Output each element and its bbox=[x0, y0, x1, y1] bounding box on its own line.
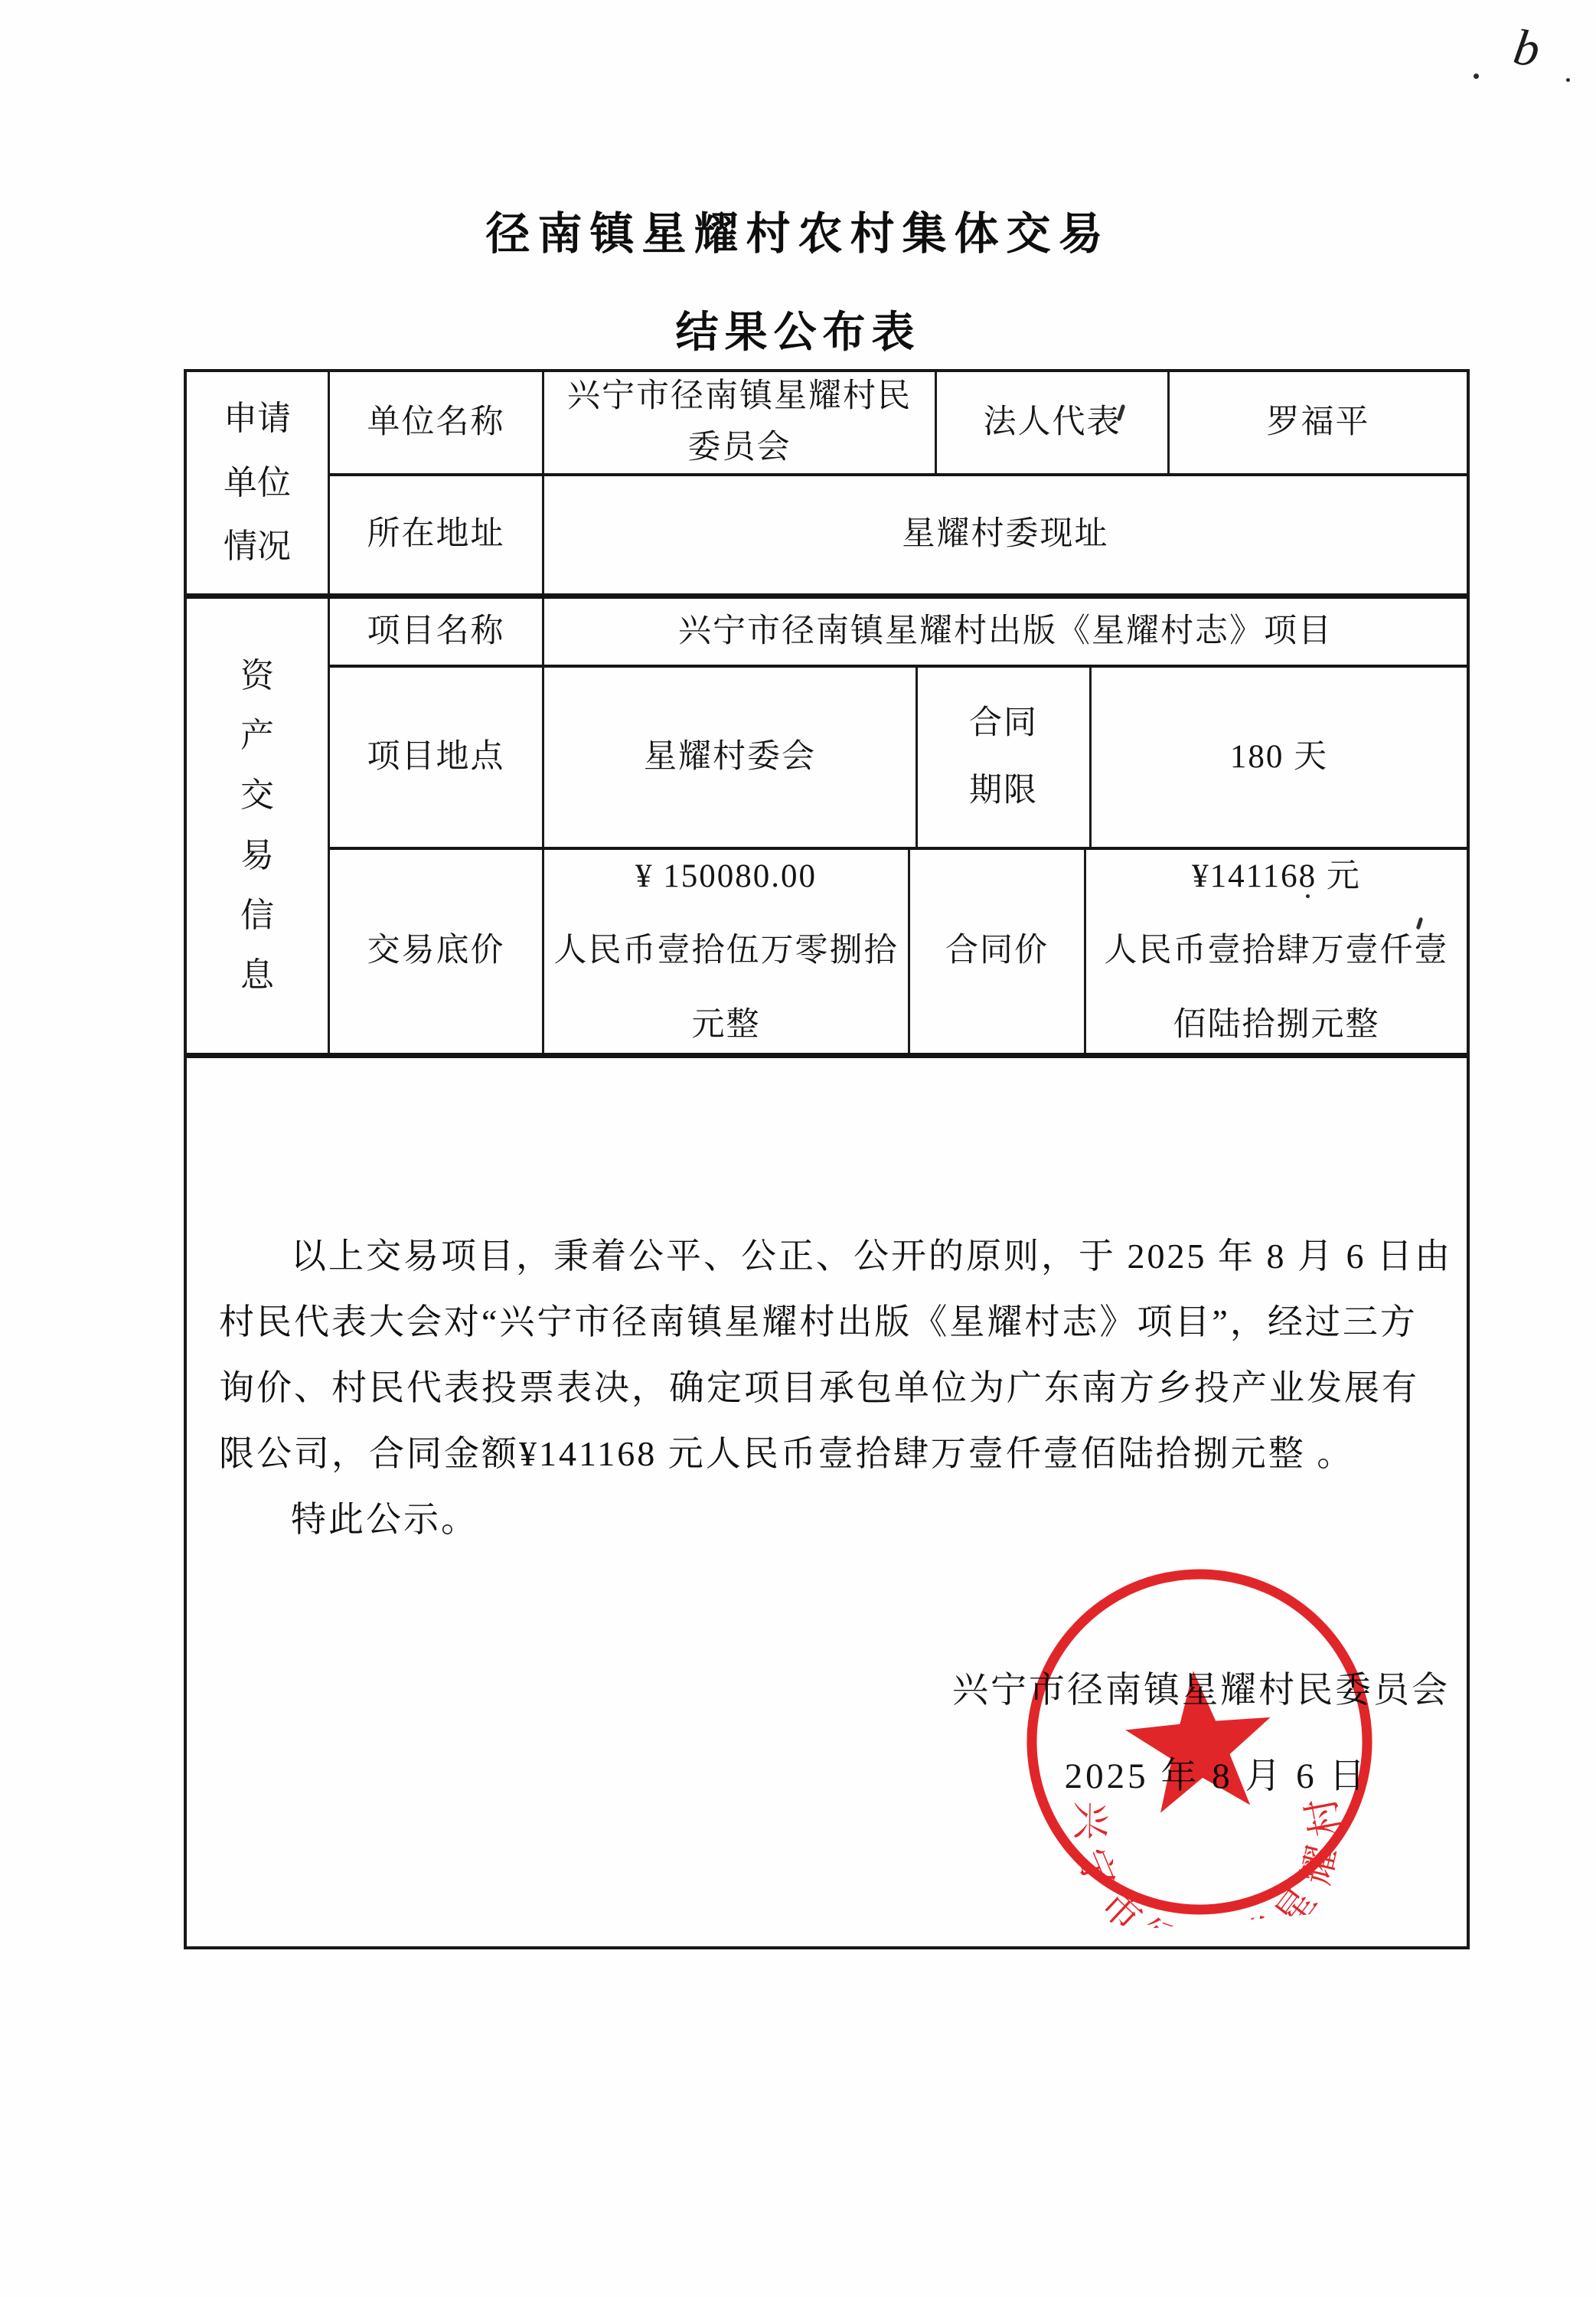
base-price-words-1: 人民币壹拾伍万零捌拾 bbox=[554, 914, 899, 988]
applicant-section-header-text: 申请单位情况 bbox=[219, 387, 295, 579]
project-location-label: 项目地点 bbox=[330, 668, 544, 847]
seal-star-icon bbox=[1121, 1665, 1278, 1815]
base-price-label: 交易底价 bbox=[330, 850, 544, 1053]
document-title-line2: 结果公布表 bbox=[0, 299, 1596, 360]
scan-speck bbox=[1306, 894, 1310, 898]
address-label: 所在地址 bbox=[330, 476, 544, 593]
applicant-rows: 单位名称 兴宁市径南镇星耀村民委员会 法人代表 罗福平 所在地址 星耀村委现址 bbox=[330, 372, 1467, 593]
legal-rep-value: 罗福平 bbox=[1170, 372, 1467, 473]
base-price-value: ¥ 150080.00 人民币壹拾伍万零捌拾 元整 bbox=[544, 850, 910, 1053]
asset-section-header-text: 资产交易信息 bbox=[238, 646, 276, 1006]
address-row: 所在地址 星耀村委现址 bbox=[330, 476, 1467, 593]
legal-rep-label: 法人代表 bbox=[937, 372, 1170, 473]
notice-line-4: 限公司，合同金额¥141168 元人民币壹拾肆万壹仟壹佰陆拾捌元整 。 bbox=[219, 1421, 1461, 1487]
scan-speck bbox=[1474, 74, 1479, 79]
project-location-row: 项目地点 星耀村委会 合同期限 180 天 bbox=[330, 668, 1467, 850]
handwritten-mark: b bbox=[1510, 18, 1543, 80]
unit-name-value: 兴宁市径南镇星耀村民委员会 bbox=[544, 372, 937, 473]
contract-price-words-1: 人民币壹拾肆万壹仟壹 bbox=[1105, 914, 1449, 988]
scan-speck bbox=[1566, 78, 1570, 82]
notice-paragraph: 以上交易项目，秉着公平、公正、公开的原则，于 2025 年 8 月 6 日由 村… bbox=[219, 1224, 1461, 1553]
asset-section: 资产交易信息 项目名称 兴宁市径南镇星耀村出版《星耀村志》项目 项目地点 星耀村… bbox=[187, 599, 1467, 1058]
scanned-document-page: 径南镇星耀村农村集体交易 结果公布表 申请单位情况 单位名称 兴宁市径南镇星耀村… bbox=[0, 0, 1596, 2297]
asset-rows: 项目名称 兴宁市径南镇星耀村出版《星耀村志》项目 项目地点 星耀村委会 合同期限… bbox=[330, 599, 1467, 1053]
notice-line-2: 村民代表大会对“兴宁市径南镇星耀村出版《星耀村志》项目”，经过三方 bbox=[219, 1289, 1461, 1355]
project-name-value: 兴宁市径南镇星耀村出版《星耀村志》项目 bbox=[544, 599, 1467, 665]
contract-price-value: ¥141168 元 人民币壹拾肆万壹仟壹 佰陆拾捌元整 bbox=[1086, 850, 1467, 1053]
official-red-seal: 兴宁市径南镇星耀村民委员会 bbox=[1003, 1545, 1396, 1939]
contract-price-words-2: 佰陆拾捌元整 bbox=[1173, 988, 1380, 1063]
project-location-value: 星耀村委会 bbox=[544, 668, 918, 847]
contract-term-value: 180 天 bbox=[1092, 668, 1467, 847]
contract-price-amount: ¥141168 元 bbox=[1192, 840, 1361, 914]
project-name-label: 项目名称 bbox=[330, 599, 544, 665]
contract-price-label: 合同价 bbox=[910, 850, 1086, 1053]
unit-name-value-text: 兴宁市径南镇星耀村民委员会 bbox=[560, 371, 919, 473]
price-row: 交易底价 ¥ 150080.00 人民币壹拾伍万零捌拾 元整 合同价 ¥1411… bbox=[330, 850, 1467, 1053]
unit-name-row: 单位名称 兴宁市径南镇星耀村民委员会 法人代表 罗福平 bbox=[330, 372, 1467, 476]
document-title-line1: 径南镇星耀村农村集体交易 bbox=[0, 198, 1596, 262]
asset-section-header: 资产交易信息 bbox=[187, 599, 330, 1053]
contract-term-label: 合同期限 bbox=[918, 668, 1092, 847]
applicant-section: 申请单位情况 单位名称 兴宁市径南镇星耀村民委员会 法人代表 罗福平 所在地址 … bbox=[187, 372, 1467, 599]
unit-name-label: 单位名称 bbox=[330, 372, 544, 473]
notice-line-1: 以上交易项目，秉着公平、公正、公开的原则，于 2025 年 8 月 6 日由 bbox=[219, 1224, 1461, 1289]
base-price-amount: ¥ 150080.00 bbox=[635, 840, 817, 914]
address-value: 星耀村委现址 bbox=[544, 476, 1467, 593]
base-price-words-2: 元整 bbox=[692, 988, 761, 1063]
notice-closing: 特此公示。 bbox=[219, 1487, 1461, 1553]
notice-line-3: 询价、村民代表投票表决，确定项目承包单位为广东南方乡投产业发展有 bbox=[219, 1355, 1461, 1421]
applicant-section-header: 申请单位情况 bbox=[187, 372, 330, 593]
project-name-row: 项目名称 兴宁市径南镇星耀村出版《星耀村志》项目 bbox=[330, 599, 1467, 668]
contract-term-label-text: 合同期限 bbox=[965, 690, 1042, 825]
